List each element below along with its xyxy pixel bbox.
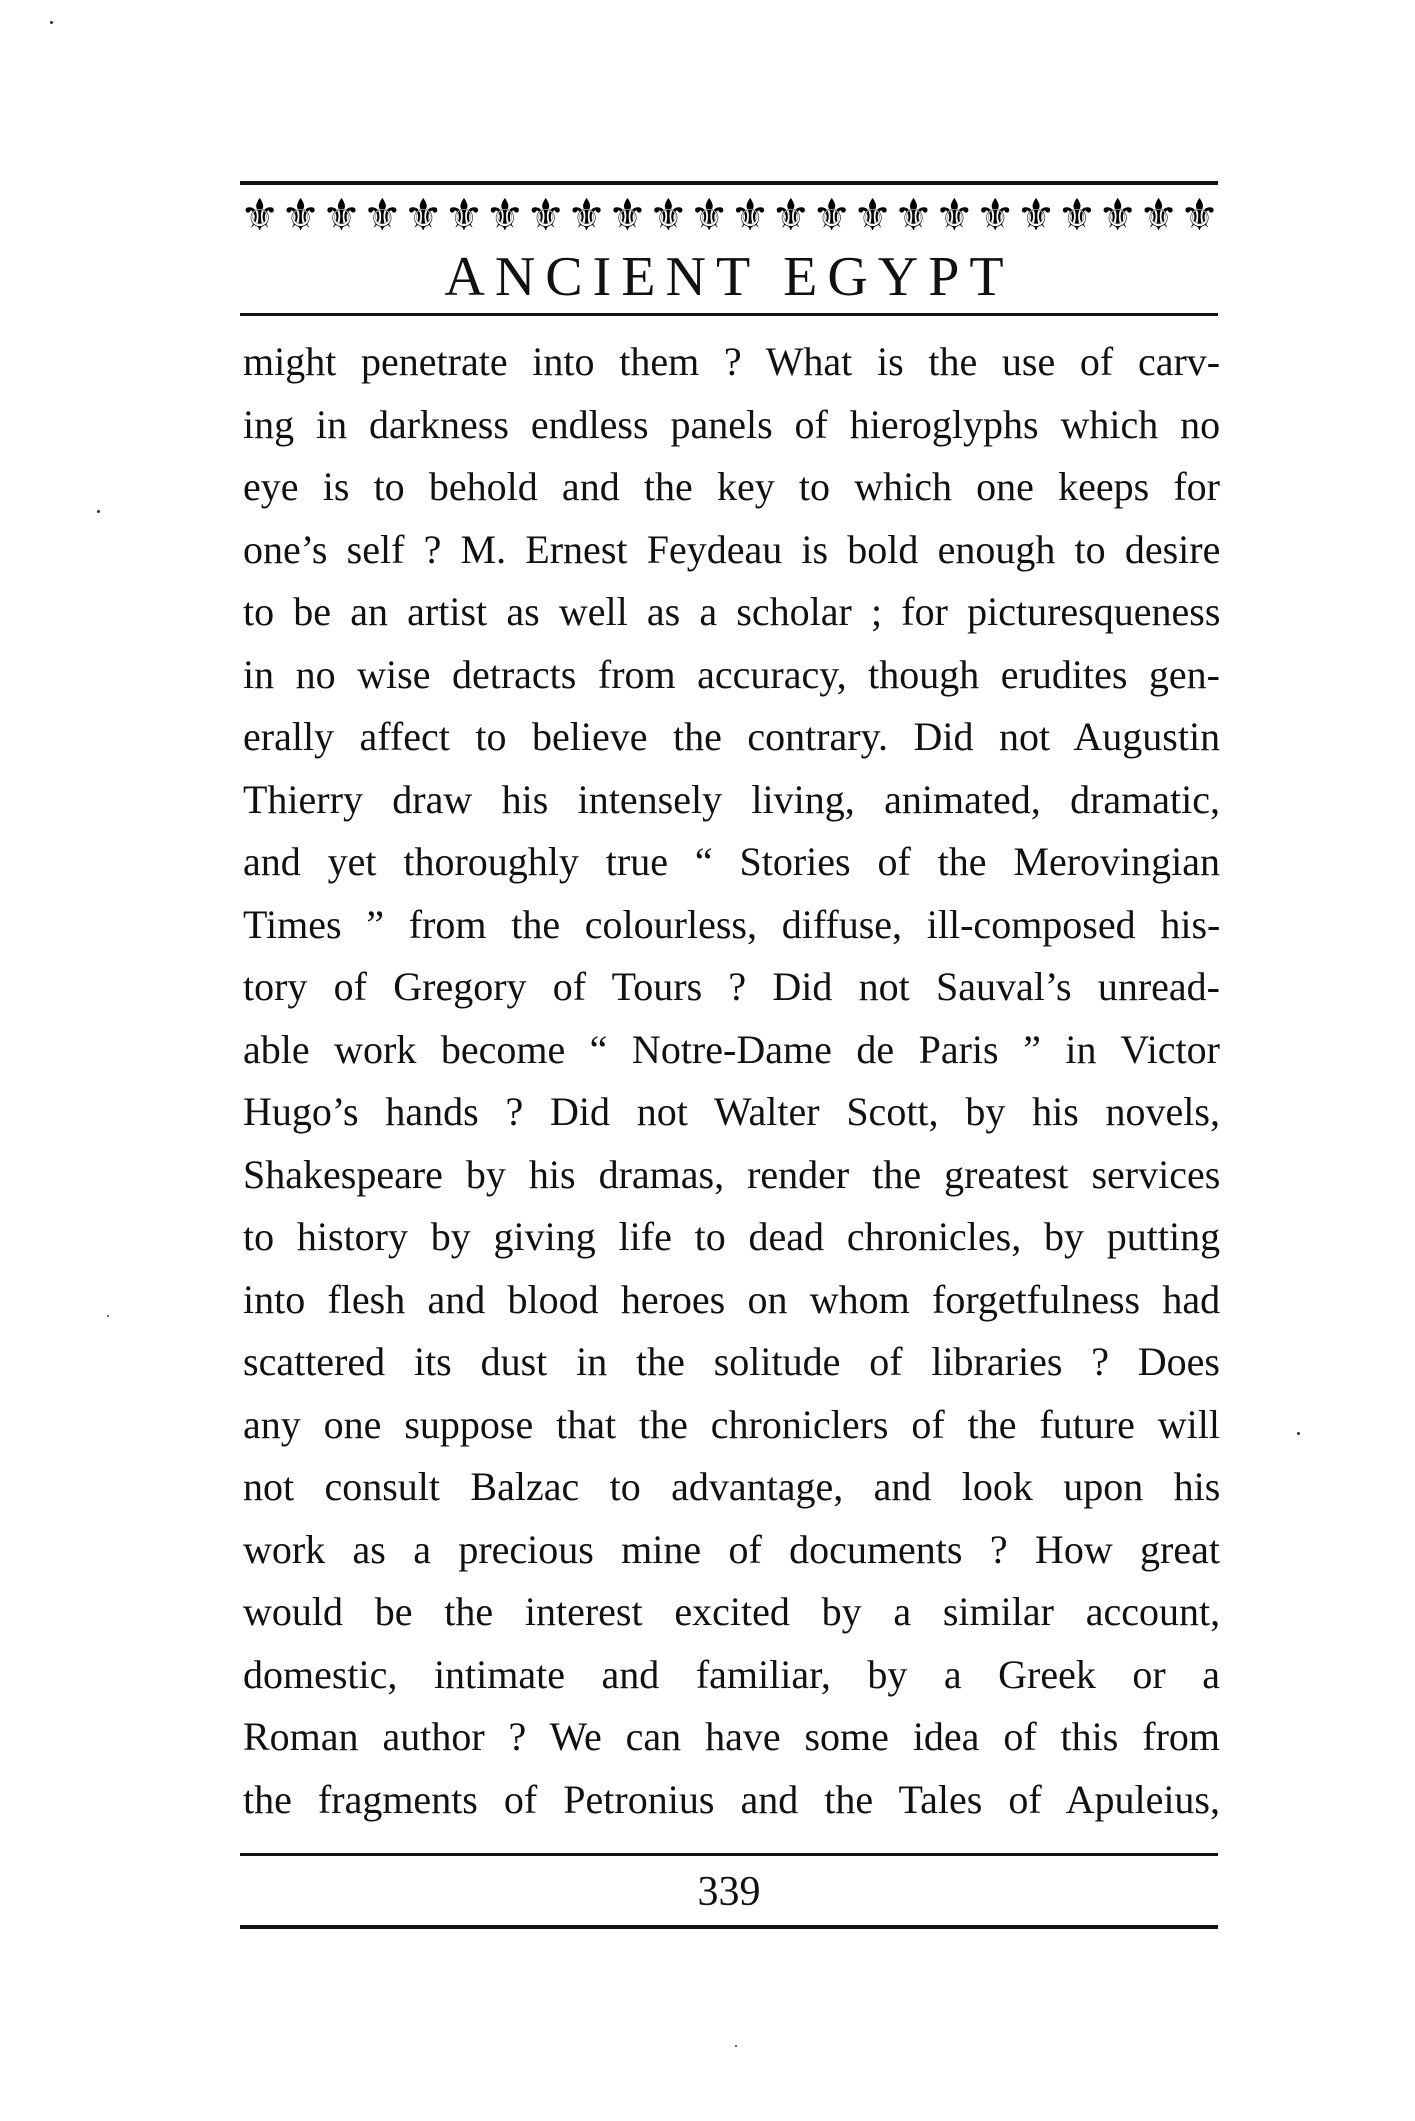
book-page: ⚜⚜⚜⚜⚜⚜⚜⚜⚜⚜⚜⚜⚜⚜⚜⚜⚜⚜⚜⚜⚜⚜⚜⚜ ANCIENT EGYPT m… [0,0,1415,2121]
text-line: tory of Gregory of Tours ? Did not Sauva… [243,956,1220,1019]
text-line: erally affect to believe the contrary. D… [243,706,1220,769]
footer-top-rule [240,1853,1218,1856]
scan-speck [1297,1432,1300,1435]
fleur-de-lis-icon: ⚜ [649,192,687,240]
text-line: to be an artist as well as a scholar ; f… [243,581,1220,644]
text-line: Roman author ? We can have some idea of … [243,1706,1220,1769]
fleur-de-lis-icon: ⚜ [403,192,441,240]
fleur-de-lis-icon: ⚜ [567,192,605,240]
fleur-de-lis-icon: ⚜ [281,192,319,240]
text-line: into flesh and blood heroes on whom forg… [243,1269,1220,1332]
text-line: any one suppose that the chroniclers of … [243,1394,1220,1457]
text-line: ing in darkness endless panels of hierog… [243,394,1220,457]
text-line: scattered its dust in the solitude of li… [243,1331,1220,1394]
scan-speck [50,21,53,24]
fleur-de-lis-icon: ⚜ [444,192,482,240]
fleur-de-lis-icon: ⚜ [812,192,850,240]
fleur-de-lis-icon: ⚜ [363,192,401,240]
text-line: might penetrate into them ? What is the … [243,331,1220,394]
fleur-de-lis-icon: ⚜ [1016,192,1054,240]
fleur-de-lis-icon: ⚜ [608,192,646,240]
fleur-de-lis-icon: ⚜ [1098,192,1136,240]
fleur-de-lis-icon: ⚜ [485,192,523,240]
text-line: and yet thoroughly true “ Stories of the… [243,831,1220,894]
scan-speck [97,510,100,513]
text-line: Times ” from the colourless, diffuse, il… [243,894,1220,957]
text-line: not consult Balzac to advantage, and loo… [243,1456,1220,1519]
text-line: able work become “ Notre-Dame de Paris ”… [243,1019,1220,1082]
text-line: the fragments of Petronius and the Tales… [243,1769,1220,1832]
fleur-de-lis-icon: ⚜ [894,192,932,240]
text-line: Hugo’s hands ? Did not Walter Scott, by … [243,1081,1220,1144]
fleur-de-lis-icon: ⚜ [975,192,1013,240]
fleur-de-lis-icon: ⚜ [526,192,564,240]
fleur-de-lis-icon: ⚜ [730,192,768,240]
fleur-de-lis-icon: ⚜ [1139,192,1177,240]
text-line: work as a precious mine of documents ? H… [243,1519,1220,1582]
text-line: Shakespeare by his dramas, render the gr… [243,1144,1220,1207]
text-line: domestic, intimate and familiar, by a Gr… [243,1644,1220,1707]
page-number: 339 [240,1862,1218,1922]
fleur-de-lis-icon: ⚜ [1057,192,1095,240]
fleur-de-lis-icon: ⚜ [771,192,809,240]
fleur-de-lis-icon: ⚜ [1180,192,1218,240]
scan-speck [107,1315,109,1317]
fleur-de-lis-icon: ⚜ [689,192,727,240]
text-line: one’s self ? M. Ernest Feydeau is bold e… [243,519,1220,582]
text-line: eye is to behold and the key to which on… [243,456,1220,519]
body-text: might penetrate into them ? What is the … [243,331,1220,1831]
text-line: to history by giving life to dead chroni… [243,1206,1220,1269]
text-line: would be the interest excited by a simil… [243,1581,1220,1644]
text-line: in no wise detracts from accuracy, thoug… [243,644,1220,707]
text-line: Thierry draw his intensely living, anima… [243,769,1220,832]
header-bottom-rule [240,313,1218,316]
header-top-rule [240,181,1218,185]
scan-speck [735,2045,737,2047]
running-title: ANCIENT EGYPT [240,246,1218,308]
fleur-de-lis-icon: ⚜ [322,192,360,240]
fleur-de-lis-ornament-band: ⚜⚜⚜⚜⚜⚜⚜⚜⚜⚜⚜⚜⚜⚜⚜⚜⚜⚜⚜⚜⚜⚜⚜⚜ [240,192,1218,240]
fleur-de-lis-icon: ⚜ [240,192,278,240]
fleur-de-lis-icon: ⚜ [935,192,973,240]
footer-bottom-rule [240,1925,1218,1929]
fleur-de-lis-icon: ⚜ [853,192,891,240]
